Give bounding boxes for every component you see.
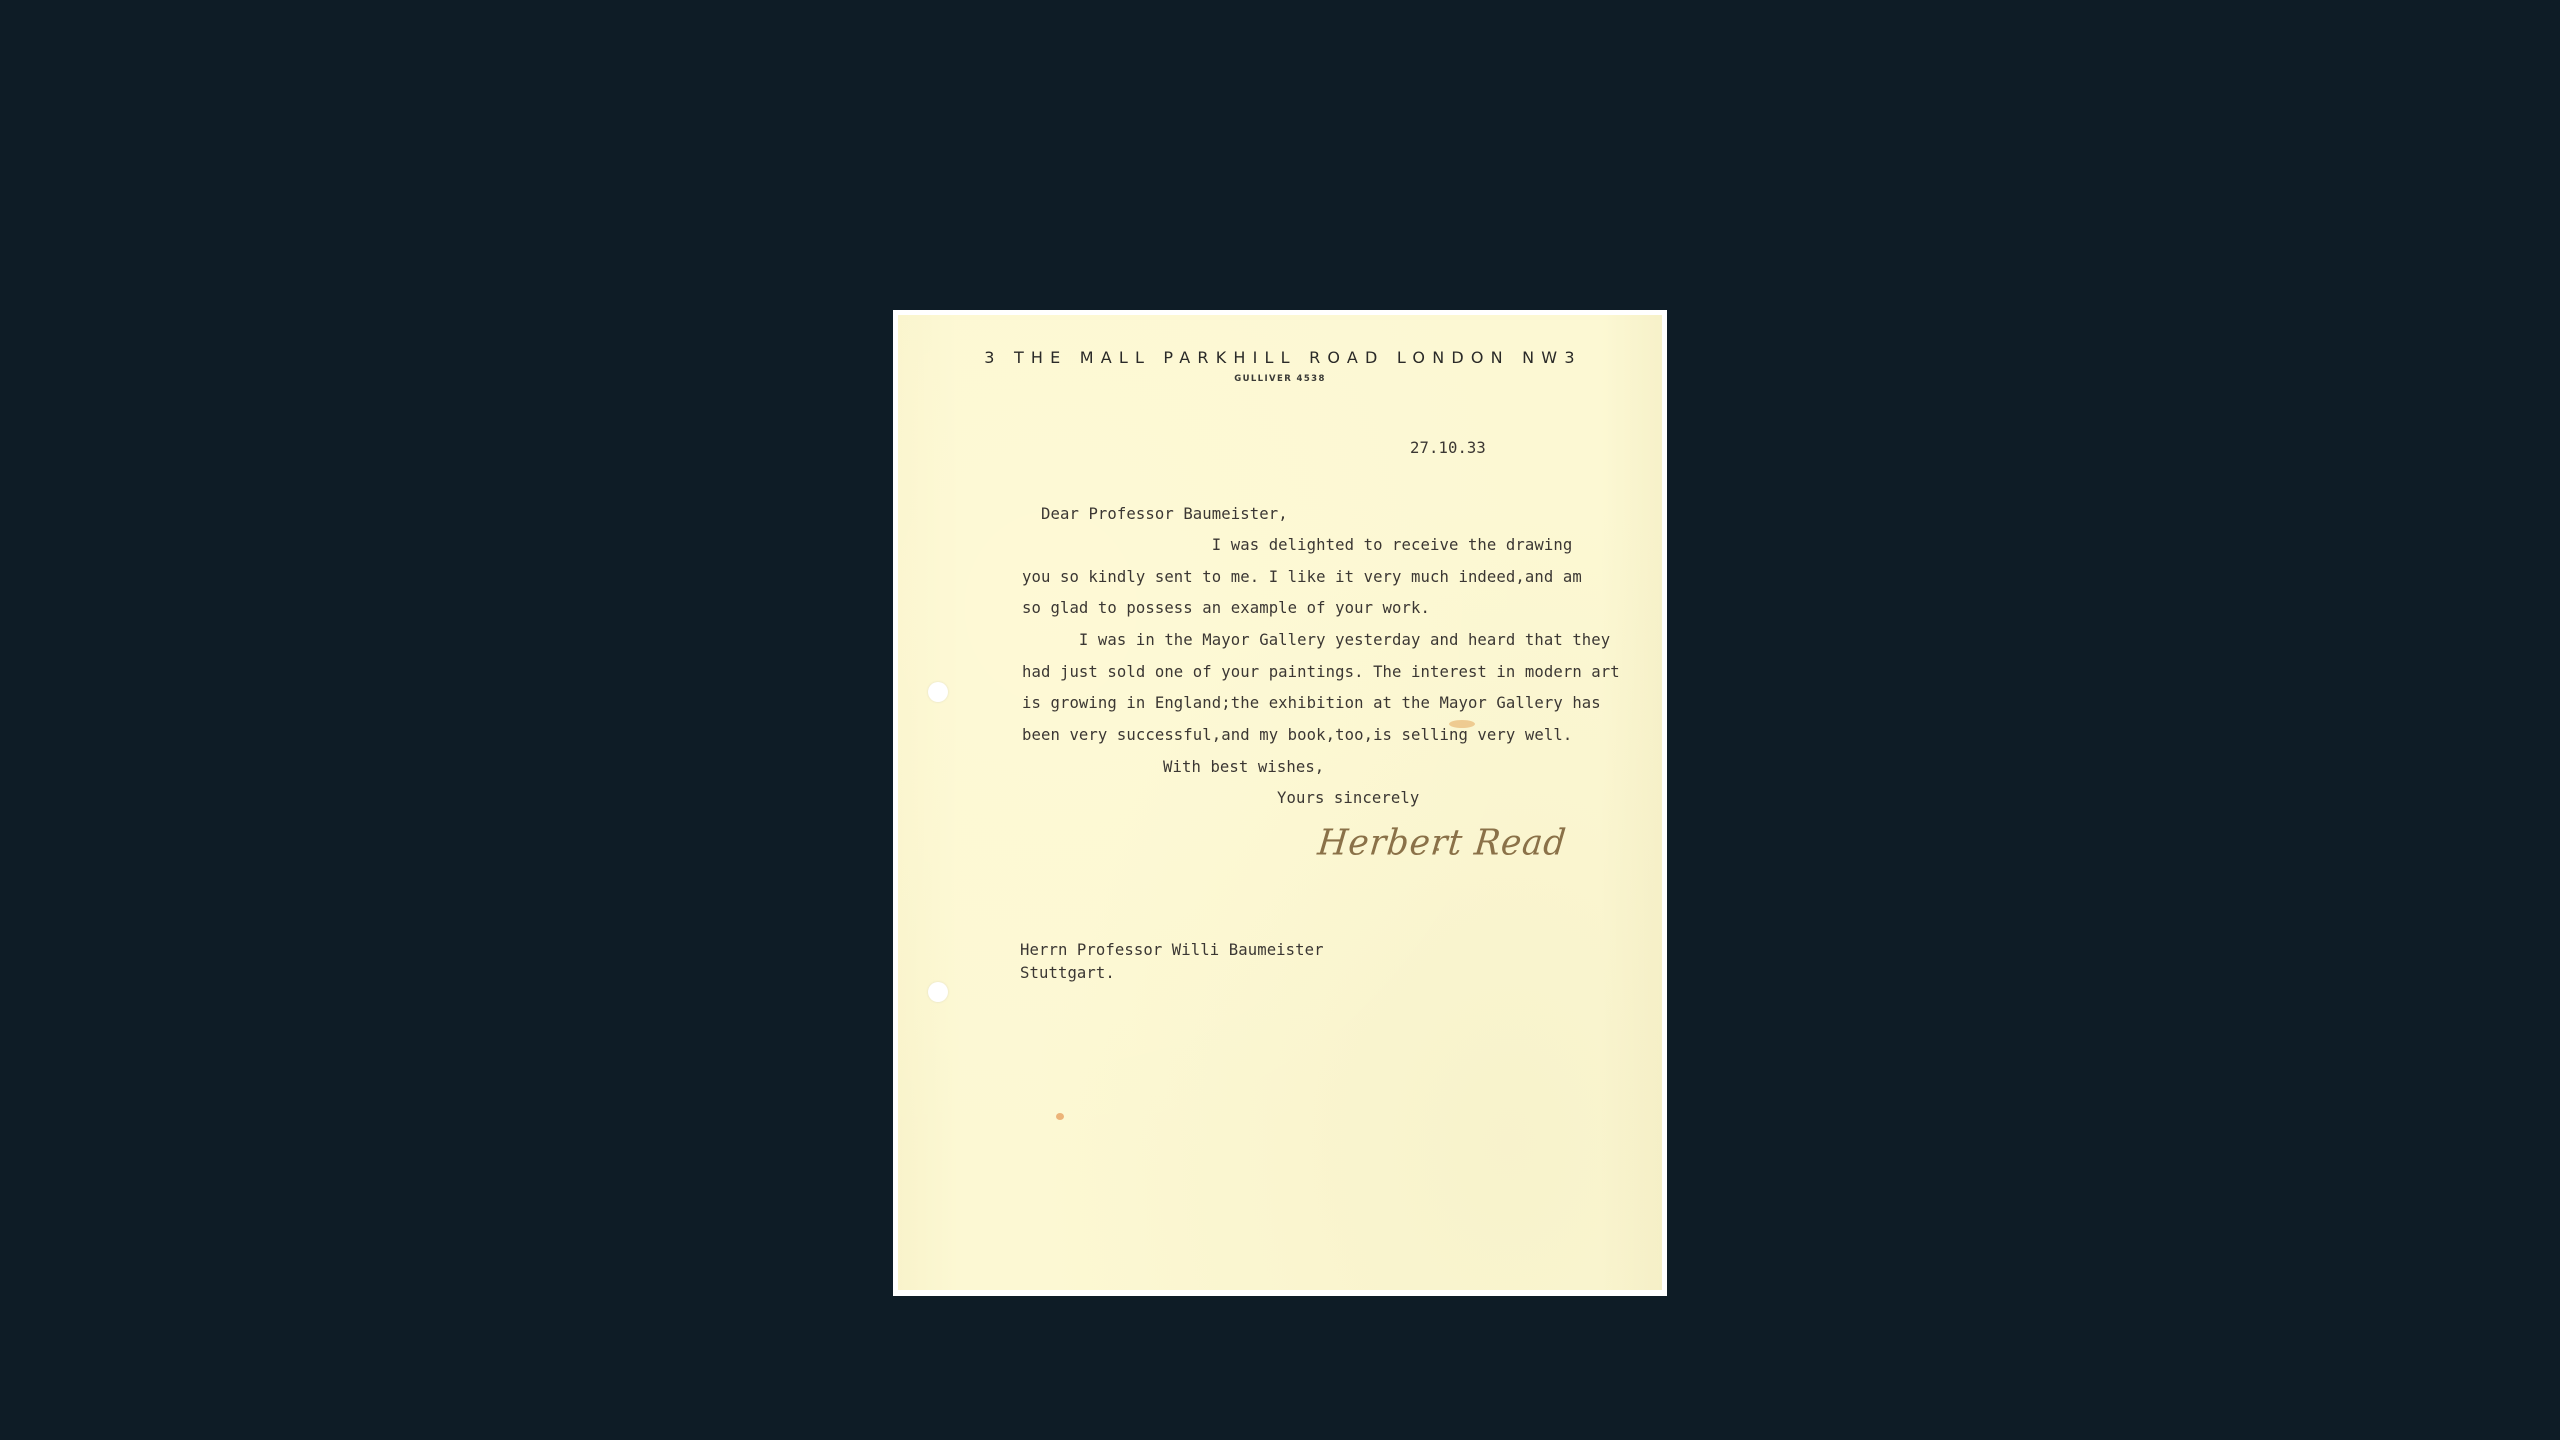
punch-hole-bottom — [928, 982, 948, 1002]
recipient-name: Herrn Professor Willi Baumeister — [1020, 940, 1324, 960]
body-line: I was delighted to receive the drawing — [1022, 535, 1572, 555]
handwritten-signature: Herbert Read — [1316, 822, 1569, 864]
letterhead-address: 3 THE MALL PARKHILL ROAD LONDON NW3 — [898, 348, 1662, 367]
stain-speck — [1436, 848, 1439, 851]
letterhead: 3 THE MALL PARKHILL ROAD LONDON NW3 GULL… — [898, 348, 1662, 384]
document-frame: 3 THE MALL PARKHILL ROAD LONDON NW3 GULL… — [893, 310, 1667, 1296]
body-line: been very successful,and my book,too,is … — [1022, 725, 1572, 745]
letterhead-telephone: GULLIVER 4538 — [898, 374, 1662, 384]
body-line: so glad to possess an example of your wo… — [1022, 598, 1430, 618]
letter-page: 3 THE MALL PARKHILL ROAD LONDON NW3 GULL… — [898, 315, 1662, 1290]
closing-wishes: With best wishes, — [1163, 757, 1324, 777]
body-line: is growing in England;the exhibition at … — [1022, 693, 1601, 713]
letter-date: 27.10.33 — [1410, 438, 1486, 458]
closing: Yours sincerely — [1277, 788, 1419, 808]
punch-hole-top — [928, 682, 948, 702]
stain-mark — [1449, 720, 1475, 728]
recipient-city: Stuttgart. — [1020, 963, 1115, 983]
body-line: had just sold one of your paintings. The… — [1022, 662, 1620, 682]
body-line: I was in the Mayor Gallery yesterday and… — [1022, 630, 1610, 650]
salutation: Dear Professor Baumeister, — [1041, 504, 1288, 524]
stain-speck — [1056, 1113, 1064, 1120]
body-line: you so kindly sent to me. I like it very… — [1022, 567, 1582, 587]
image-viewer: 3 THE MALL PARKHILL ROAD LONDON NW3 GULL… — [0, 0, 2560, 1440]
